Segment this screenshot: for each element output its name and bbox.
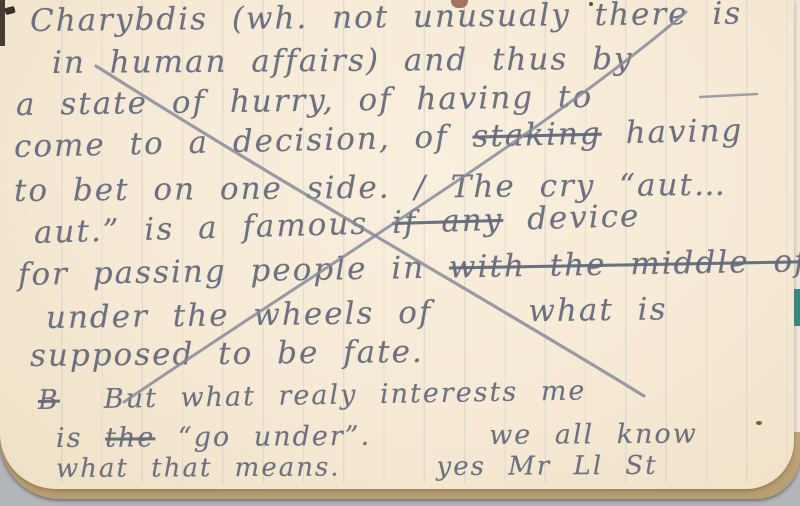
handwritten-line: what that means.yes Mr Ll St [56, 453, 658, 482]
handwritten-line: Charybdis (wh. not unusualy there is [30, 0, 743, 37]
text-segment: having [601, 112, 743, 151]
dark-corner-mark [0, 0, 5, 46]
paper-speck [589, 2, 593, 6]
text-segment: Charybdis (wh. not unusualy there is [30, 0, 743, 39]
teal-edge-mark [794, 289, 800, 326]
text-segment: in human affairs) and thus by [52, 41, 634, 81]
struck-text-segment: B [38, 385, 60, 416]
struck-text-segment: the [105, 422, 155, 453]
text-segment: is [56, 423, 105, 454]
text-segment: a state of hurry, of having to [16, 79, 594, 123]
handwritten-line: aut.” is a famous if any device [34, 201, 641, 249]
struck-text-segment: if any [392, 202, 504, 241]
text-segment: what that means. [56, 453, 341, 484]
struck-text-segment: with the middle of [449, 243, 800, 285]
paper-speck [756, 421, 762, 425]
text-segment: we all know [489, 419, 698, 451]
text-segment: device [503, 198, 641, 238]
text-segment: come to a decision, of [14, 119, 473, 165]
handwritten-line: come to a decision, of staking having [14, 115, 744, 163]
text-segment: supposed to be fate. [30, 334, 424, 374]
scan-edge-strip [793, 0, 800, 432]
text-segment: what is [528, 291, 668, 329]
scanned-notebook-page: Charybdis (wh. not unusualy there is in … [0, 0, 800, 506]
handwritten-line: under the wheels ofwhat is [46, 294, 668, 334]
handwritten-line: BBut what realy interests me [38, 377, 587, 414]
notebook-page: Charybdis (wh. not unusualy there is in … [0, 0, 794, 489]
handwritten-line: for passing people in with the middle of [18, 246, 800, 291]
handwritten-line: is the “go under”.we all know [56, 421, 698, 452]
handwritten-line: in human affairs) and thus by [52, 44, 634, 79]
text-segment: under the wheels of [46, 295, 433, 336]
text-segment: But what realy interests me [104, 375, 587, 414]
text-segment: for passing people in [18, 249, 450, 293]
text-segment: aut.” is a famous [33, 205, 392, 251]
handwritten-line: supposed to be fate. [30, 337, 424, 372]
handwritten-line: a state of hurry, of having to [16, 82, 594, 121]
struck-text-segment: staking [472, 116, 602, 155]
text-segment: yes Mr Ll St [436, 451, 657, 482]
text-segment: “go under”. [155, 421, 371, 454]
